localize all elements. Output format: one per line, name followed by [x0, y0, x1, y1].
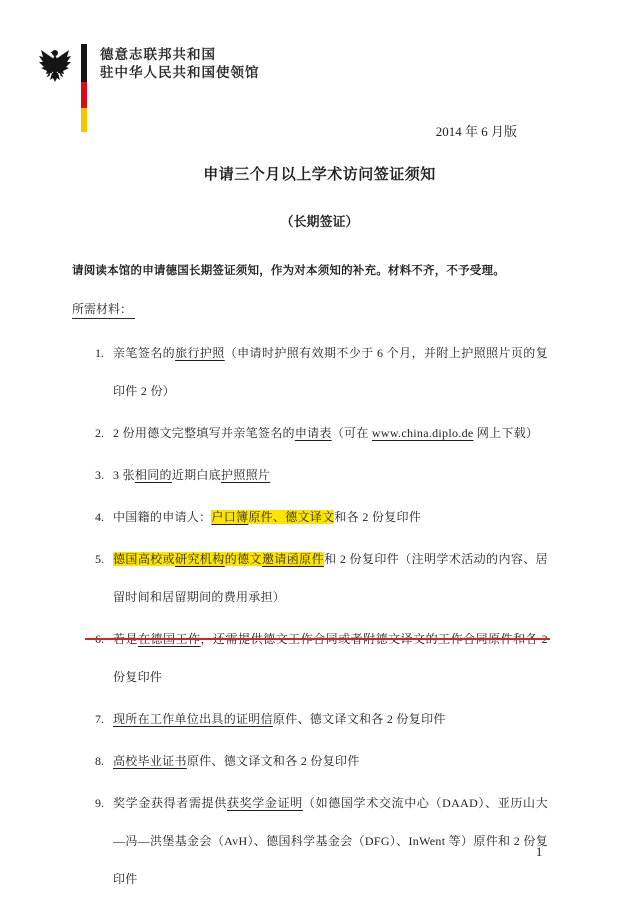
text-segment: 获奖学金证明 — [227, 796, 303, 810]
text-segment: 高校毕业证书 — [113, 754, 187, 768]
text-segment: 若是 — [113, 632, 138, 646]
list-item: 3.3 张相同的近期白底护照照片 — [95, 456, 548, 494]
item-text: 2 份用德文完整填写并亲笔签名的申请表（可在 www.china.diplo.d… — [113, 414, 548, 452]
page-number: 1 — [536, 845, 542, 860]
text-segment: 的德文 — [225, 552, 262, 566]
notice-text: 请阅读本馆的申请德国长期签证须知，作为对本须知的补充。材料不齐，不予受理。 — [72, 262, 579, 278]
text-segment: 德文译文 — [285, 510, 334, 524]
item-text: 高校毕业证书原件、德文译文和各 2 份复印件 — [113, 742, 548, 780]
flag-stripe-black — [81, 44, 87, 82]
text-segment: 旅行护照 — [175, 346, 225, 360]
item-number: 5. — [95, 540, 113, 616]
item-number: 6. — [95, 620, 113, 696]
text-segment: 研究机构 — [175, 552, 225, 566]
document-page: 德意志联邦共和国 驻中华人民共和国使领馆 2014 年 6 月版 申请三个月以上… — [0, 0, 639, 900]
text-segment: 德国高校或 — [113, 552, 175, 566]
list-item: 8.高校毕业证书原件、德文译文和各 2 份复印件 — [95, 742, 548, 780]
item-number: 7. — [95, 700, 113, 738]
list-item: 7.现所在工作单位出具的证明信原件、德文译文和各 2 份复印件 — [95, 700, 548, 738]
page-subtitle: （长期签证） — [0, 211, 639, 230]
section-heading-text: 所需材料： — [72, 302, 135, 319]
item-number: 2. — [95, 414, 113, 452]
org-name-line2: 驻中华人民共和国使领馆 — [100, 64, 260, 82]
text-segment: 原件、德文译文和各 2 份复印件 — [273, 712, 446, 726]
flag-stripe — [81, 44, 87, 132]
text-segment: 邀请函原件 — [262, 552, 324, 566]
text-segment: 奖学金获得者需提供 — [113, 796, 227, 810]
item-number: 9. — [95, 784, 113, 898]
item-text: 亲笔签名的旅行护照（申请时护照有效期不少于 6 个月，并附上护照照片页的复印件 … — [113, 334, 548, 410]
embassy-letterhead: 德意志联邦共和国 驻中华人民共和国使领馆 — [38, 44, 260, 132]
item-number: 1. — [95, 334, 113, 410]
item-text: 3 张相同的近期白底护照照片 — [113, 456, 548, 494]
item-text: 奖学金获得者需提供获奖学金证明（如德国学术交流中心（DAAD）、亚历山大—冯—洪… — [113, 784, 548, 898]
item-number: 8. — [95, 742, 113, 780]
item-text: 中国籍的申请人：户口簿原件、德文译文和各 2 份复印件 — [113, 498, 548, 536]
text-segment: 2 份用德文完整填写并亲笔签名的 — [113, 426, 295, 440]
flag-stripe-red — [81, 82, 87, 108]
list-item: 1.亲笔签名的旅行护照（申请时护照有效期不少于 6 个月，并附上护照照片页的复印… — [95, 334, 548, 410]
version-label: 2014 年 6 月版 — [436, 121, 517, 140]
text-segment: 原件、 — [248, 510, 285, 524]
german-federal-eagle-icon — [38, 46, 72, 84]
text-segment: 在德国工作 — [138, 632, 201, 646]
section-heading: 所需材料： — [72, 300, 135, 317]
list-item: 2.2 份用德文完整填写并亲笔签名的申请表（可在 www.china.diplo… — [95, 414, 548, 452]
text-segment: 和各 2 份复印件 — [334, 510, 421, 524]
text-segment: 现所在工作单位出具的证明信 — [113, 712, 273, 726]
page-title: 申请三个月以上学术访问签证须知 — [0, 163, 639, 184]
item-number: 4. — [95, 498, 113, 536]
text-segment: （可在 — [332, 426, 372, 440]
list-item: 5.德国高校或研究机构的德文邀请函原件和 2 份复印件（注明学术活动的内容、居留… — [95, 540, 548, 616]
list-item: 9.奖学金获得者需提供获奖学金证明（如德国学术交流中心（DAAD）、亚历山大—冯… — [95, 784, 548, 898]
org-name: 德意志联邦共和国 驻中华人民共和国使领馆 — [100, 46, 260, 81]
org-name-line1: 德意志联邦共和国 — [100, 46, 260, 64]
list-item-struck: 6.若是在德国工作，还需提供德文工作合同或者附德文译文的工作合同原件和各 2 份… — [95, 620, 548, 696]
text-segment: 户口簿 — [211, 510, 248, 524]
text-segment: 3 张 — [113, 468, 135, 482]
text-segment: 中国籍的申请人： — [113, 510, 211, 524]
text-segment: 原件、德文译文和各 2 份复印件 — [187, 754, 360, 768]
item-text: 德国高校或研究机构的德文邀请函原件和 2 份复印件（注明学术活动的内容、居留时间… — [113, 540, 548, 616]
text-segment: 相同的 — [135, 468, 172, 482]
flag-stripe-gold — [81, 108, 87, 132]
link-url: www.china.diplo.de — [372, 426, 474, 440]
text-segment: 近期白底 — [172, 468, 221, 482]
text-segment: 护照照片 — [221, 468, 270, 482]
text-segment: 亲笔签名的 — [113, 346, 175, 360]
item-number: 3. — [95, 456, 113, 494]
text-segment: 网上下载） — [474, 426, 539, 440]
item-text: 现所在工作单位出具的证明信原件、德文译文和各 2 份复印件 — [113, 700, 548, 738]
item-text: 若是在德国工作，还需提供德文工作合同或者附德文译文的工作合同原件和各 2 份复印… — [113, 620, 548, 696]
text-segment: 申请表 — [295, 426, 332, 440]
materials-list: 1.亲笔签名的旅行护照（申请时护照有效期不少于 6 个月，并附上护照照片页的复印… — [95, 334, 548, 900]
list-item: 4.中国籍的申请人：户口簿原件、德文译文和各 2 份复印件 — [95, 498, 548, 536]
